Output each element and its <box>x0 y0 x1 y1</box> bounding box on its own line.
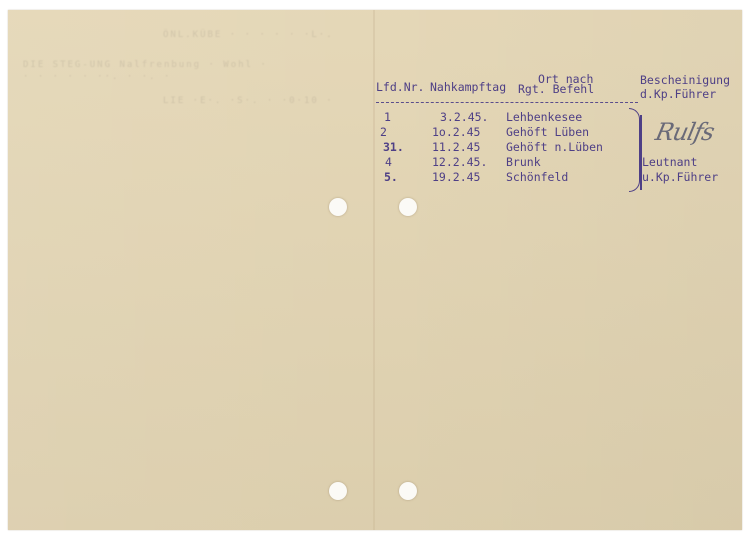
bleed-through-line-3: · · · · · ··. · ·. · <box>23 72 171 82</box>
punch-hole-top-left <box>329 198 347 216</box>
row-date: 19.2.45 <box>432 170 480 184</box>
punch-hole-bottom-right <box>399 482 417 500</box>
grouping-brace <box>629 108 640 192</box>
rank-label: Leutnant <box>642 155 697 169</box>
row-date: 1o.2.45 <box>432 125 480 139</box>
header-nahkampftag: Nahkampftag <box>430 80 506 94</box>
header-ort-bottom: Rgt. Befehl <box>518 82 594 96</box>
role-label: u.Kp.Führer <box>642 170 718 184</box>
row-place: Gehöft n.Lüben <box>506 140 603 154</box>
header-bescheinigung-bottom: d.Kp.Führer <box>640 87 716 101</box>
header-bescheinigung-top: Bescheinigung <box>640 73 730 87</box>
row-place: Lehbenkesee <box>506 110 582 124</box>
punch-hole-bottom-left <box>329 482 347 500</box>
row-nr: 4 <box>385 155 392 169</box>
punch-hole-top-right <box>399 198 417 216</box>
row-date: 11.2.45 <box>432 140 480 154</box>
row-date: 12.2.45. <box>432 155 487 169</box>
row-place: Schönfeld <box>506 170 568 184</box>
row-nr: 5. <box>384 170 398 184</box>
row-place: Gehöft Lüben <box>506 125 589 139</box>
document-page: ÖNL.KÜBE · · · · · ·L·. DIE STEG-UNG Nal… <box>8 10 742 530</box>
row-nr: 1 <box>384 110 391 124</box>
row-date: 3.2.45. <box>440 110 488 124</box>
header-underline <box>376 102 638 103</box>
fold-line <box>373 10 375 530</box>
bleed-through-line-2: DIE STEG-UNG Nalfrenbung · Wohl · <box>23 60 268 70</box>
signature: Rulfs <box>653 118 716 146</box>
header-lfd-nr: Lfd.Nr. <box>376 80 424 94</box>
row-nr: 2 <box>380 125 387 139</box>
row-place: Brunk <box>506 155 541 169</box>
row-nr: 31. <box>383 140 404 154</box>
bleed-through-line-1: ÖNL.KÜBE · · · · · ·L·. <box>163 30 334 40</box>
bleed-through-line-4: LIE ·E·. ·S·. · ·0·10 · <box>163 96 334 106</box>
